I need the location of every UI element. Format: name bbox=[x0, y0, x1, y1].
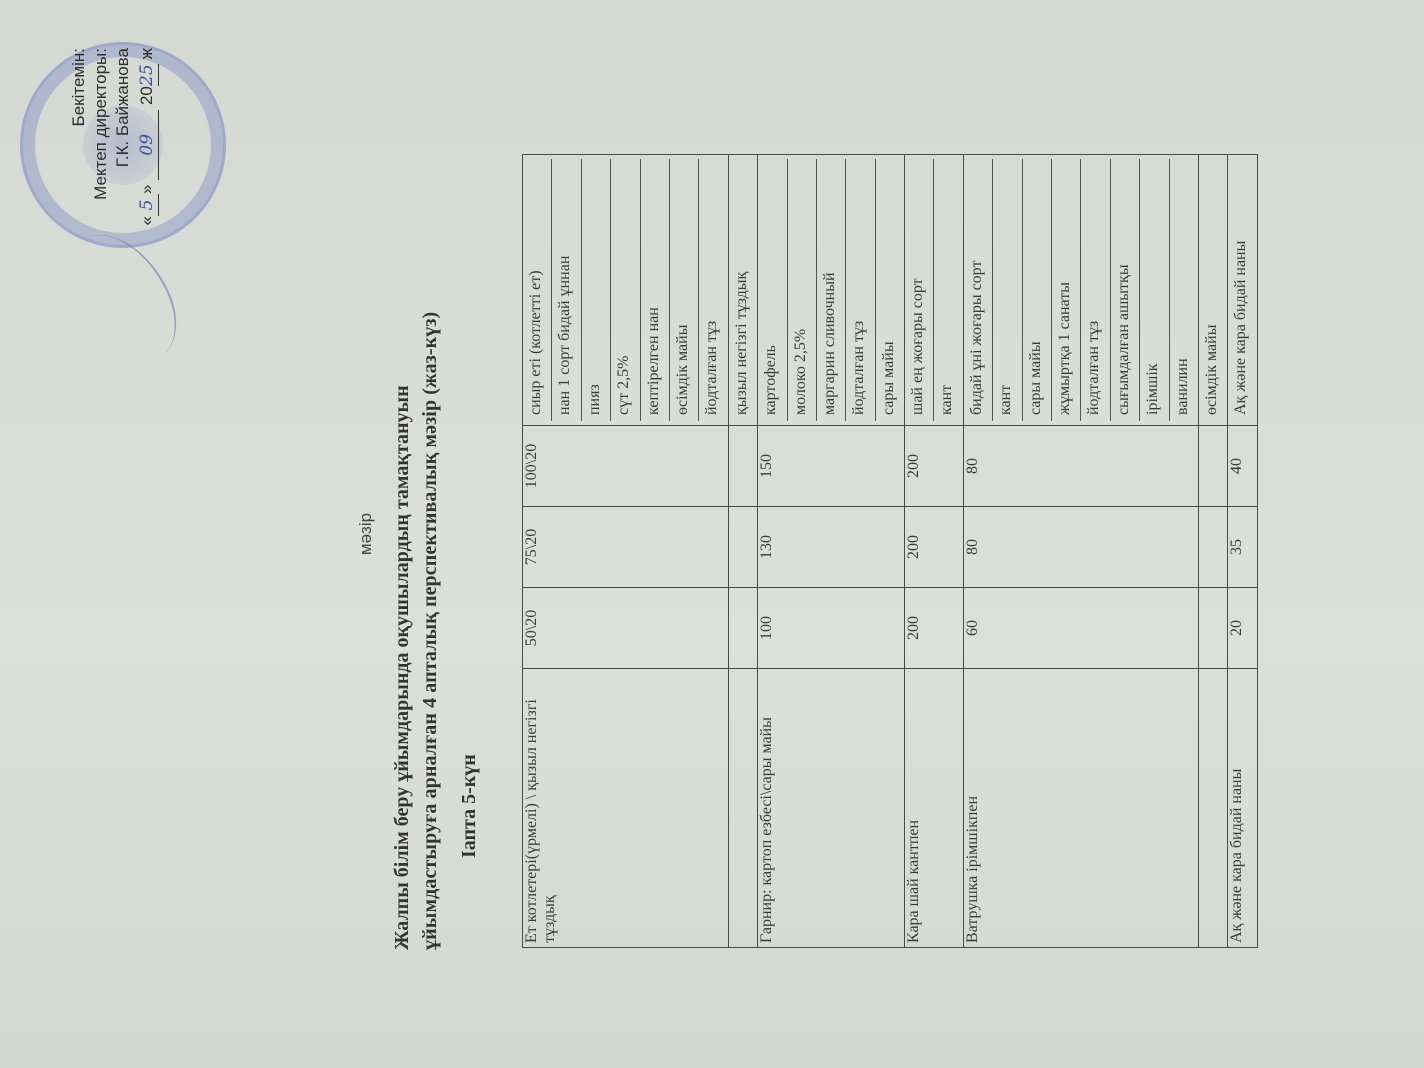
dish-name: Гарнир: картоп езбесі\сары майы bbox=[758, 669, 905, 948]
ingredient-item: маргарин сливочный bbox=[817, 159, 846, 421]
portion-age-group-1: 200 bbox=[905, 588, 964, 669]
dish-name bbox=[1198, 669, 1227, 948]
ingredients-cell: сиыр еті (котлетті ет)нан 1 сорт бидай ұ… bbox=[523, 155, 729, 426]
portion-age-group-3: 150 bbox=[758, 426, 905, 507]
ingredients-list: картофельмолоко 2,5%маргарин сливочныййо… bbox=[758, 159, 904, 421]
ingredient-item: өсімдік майы bbox=[1199, 159, 1227, 421]
ingredient-item: кептірелген нан bbox=[641, 159, 670, 421]
ingredient-item: сары майы bbox=[876, 159, 904, 421]
ingredients-cell: Ақ және кара бидай наны bbox=[1228, 155, 1257, 426]
date-year: 25 bbox=[136, 64, 159, 86]
ingredient-item: сығымдалған ашытқы bbox=[1111, 159, 1140, 421]
ingredients-cell: бидай ұні жоғары сорткантсары майыжұмырт… bbox=[963, 155, 1198, 426]
portion-age-group-2: 75\20 bbox=[523, 507, 729, 588]
ingredient-item: шай ең жоғары сорт bbox=[905, 159, 934, 421]
ingredient-item: ванилин bbox=[1170, 159, 1198, 421]
ingredients-cell: өсімдік майы bbox=[1198, 155, 1227, 426]
ingredient-item: Ақ және кара бидай наны bbox=[1228, 159, 1256, 421]
quote-open: « bbox=[137, 216, 156, 225]
dish-name: Ет котлетері(үрмелі) \ қызыл негізгі тұз… bbox=[523, 669, 729, 948]
ingredients-list: өсімдік майы bbox=[1199, 159, 1227, 421]
ingredients-cell: қызыл негізгі тұздық bbox=[728, 155, 757, 426]
ingredient-item: ірімшік bbox=[1140, 159, 1169, 421]
ingredients-cell: шай ең жоғары сорткант bbox=[905, 155, 964, 426]
ingredient-item: йодталған тұз bbox=[1081, 159, 1110, 421]
ingredient-item: йодталған тұз bbox=[699, 159, 727, 421]
menu-row: Ет котлетері(үрмелі) \ қызыл негізгі тұз… bbox=[523, 155, 729, 948]
dish-name: Кара шай кантпен bbox=[905, 669, 964, 948]
ingredient-item: картофель bbox=[758, 159, 787, 421]
portion-age-group-1: 100 bbox=[758, 588, 905, 669]
dish-name: Ватрушка ірімшікпен bbox=[963, 669, 1198, 948]
ingredients-list: шай ең жоғары сорткант bbox=[905, 159, 963, 421]
ingredients-list: Ақ және кара бидай наны bbox=[1228, 159, 1256, 421]
ingredient-item: кант bbox=[993, 159, 1022, 421]
portion-age-group-1: 20 bbox=[1228, 588, 1257, 669]
photo-frame: Бекітемін: Мектеп директоры: Г.К. Байжан… bbox=[0, 0, 1424, 1068]
quote-close: » bbox=[137, 185, 156, 194]
director-name: Г.К. Байжанова bbox=[112, 48, 134, 378]
document-page: Бекітемін: Мектеп директоры: Г.К. Байжан… bbox=[0, 0, 1424, 1068]
menu-row: Кара шай кантпен200200200шай ең жоғары с… bbox=[905, 155, 964, 948]
menu-row: Ақ және кара бидай наны203540Ақ және кар… bbox=[1228, 155, 1257, 948]
ingredient-item: нан 1 сорт бидай ұннан bbox=[552, 159, 581, 421]
ingredient-item: сары майы bbox=[1023, 159, 1052, 421]
portion-age-group-2: 130 bbox=[758, 507, 905, 588]
ingredient-item: сүт 2,5% bbox=[611, 159, 640, 421]
ingredients-list: бидай ұні жоғары сорткантсары майыжұмырт… bbox=[964, 159, 1198, 421]
title-line-2: ұйымдастыруға арналған 4 апталық перспек… bbox=[416, 100, 444, 950]
dish-name: Ақ және кара бидай наны bbox=[1228, 669, 1257, 948]
menu-row: қызыл негізгі тұздық bbox=[728, 155, 757, 948]
dish-name bbox=[728, 669, 757, 948]
portion-age-group-1: 50\20 bbox=[523, 588, 729, 669]
portion-age-group-3: 80 bbox=[963, 426, 1198, 507]
document-label: мәзір bbox=[356, 0, 376, 1068]
week-day: Іапта 5-күн bbox=[458, 754, 481, 858]
menu-row: Гарнир: картоп езбесі\сары майы100130150… bbox=[758, 155, 905, 948]
year-prefix: 20 bbox=[137, 86, 156, 105]
year-suffix: ж bbox=[137, 48, 156, 59]
ingredient-item: кант bbox=[934, 159, 962, 421]
date-month: 09 bbox=[136, 110, 159, 180]
menu-row: өсімдік майы bbox=[1198, 155, 1227, 948]
menu-row: Ватрушка ірімшікпен608080бидай ұні жоғар… bbox=[963, 155, 1198, 948]
portion-age-group-2 bbox=[728, 507, 757, 588]
ingredient-item: бидай ұні жоғары сорт bbox=[964, 159, 993, 421]
ingredients-list: сиыр еті (котлетті ет)нан 1 сорт бидай ұ… bbox=[523, 159, 728, 421]
ingredient-item: жұмыртқа 1 санаты bbox=[1052, 159, 1081, 421]
menu-table: Ет котлетері(үрмелі) \ қызыл негізгі тұз… bbox=[522, 154, 1258, 948]
title-line-1: Жалпы білім беру ұйымдарында оқушылардың… bbox=[388, 100, 416, 950]
ingredients-cell: картофельмолоко 2,5%маргарин сливочныййо… bbox=[758, 155, 905, 426]
director-position: Мектеп директоры: bbox=[90, 48, 112, 378]
portion-age-group-3 bbox=[1198, 426, 1227, 507]
portion-age-group-1: 60 bbox=[963, 588, 1198, 669]
portion-age-group-1 bbox=[1198, 588, 1227, 669]
ingredient-item: пияз bbox=[582, 159, 611, 421]
ingredient-item: қызыл негізгі тұздық bbox=[729, 159, 757, 421]
portion-age-group-3 bbox=[728, 426, 757, 507]
portion-age-group-3: 40 bbox=[1228, 426, 1257, 507]
ingredient-item: өсімдік майы bbox=[670, 159, 699, 421]
approval-block: Бекітемін: Мектеп директоры: Г.К. Байжан… bbox=[68, 48, 159, 378]
portion-age-group-2: 200 bbox=[905, 507, 964, 588]
portion-age-group-3: 100\20 bbox=[523, 426, 729, 507]
portion-age-group-2 bbox=[1198, 507, 1227, 588]
approved-label: Бекітемін: bbox=[68, 48, 90, 378]
portion-age-group-2: 35 bbox=[1228, 507, 1257, 588]
portion-age-group-3: 200 bbox=[905, 426, 964, 507]
ingredients-list: қызыл негізгі тұздық bbox=[729, 159, 757, 421]
ingredient-item: йодталған тұз bbox=[846, 159, 875, 421]
portion-age-group-1 bbox=[728, 588, 757, 669]
ingredient-item: молоко 2,5% bbox=[788, 159, 817, 421]
date-day: 5 bbox=[136, 194, 159, 216]
approval-date: «5» 09 2025 ж bbox=[136, 48, 159, 378]
ingredient-item: сиыр еті (котлетті ет) bbox=[523, 159, 552, 421]
portion-age-group-2: 80 bbox=[963, 507, 1198, 588]
document-title: Жалпы білім беру ұйымдарында оқушылардың… bbox=[388, 100, 444, 950]
